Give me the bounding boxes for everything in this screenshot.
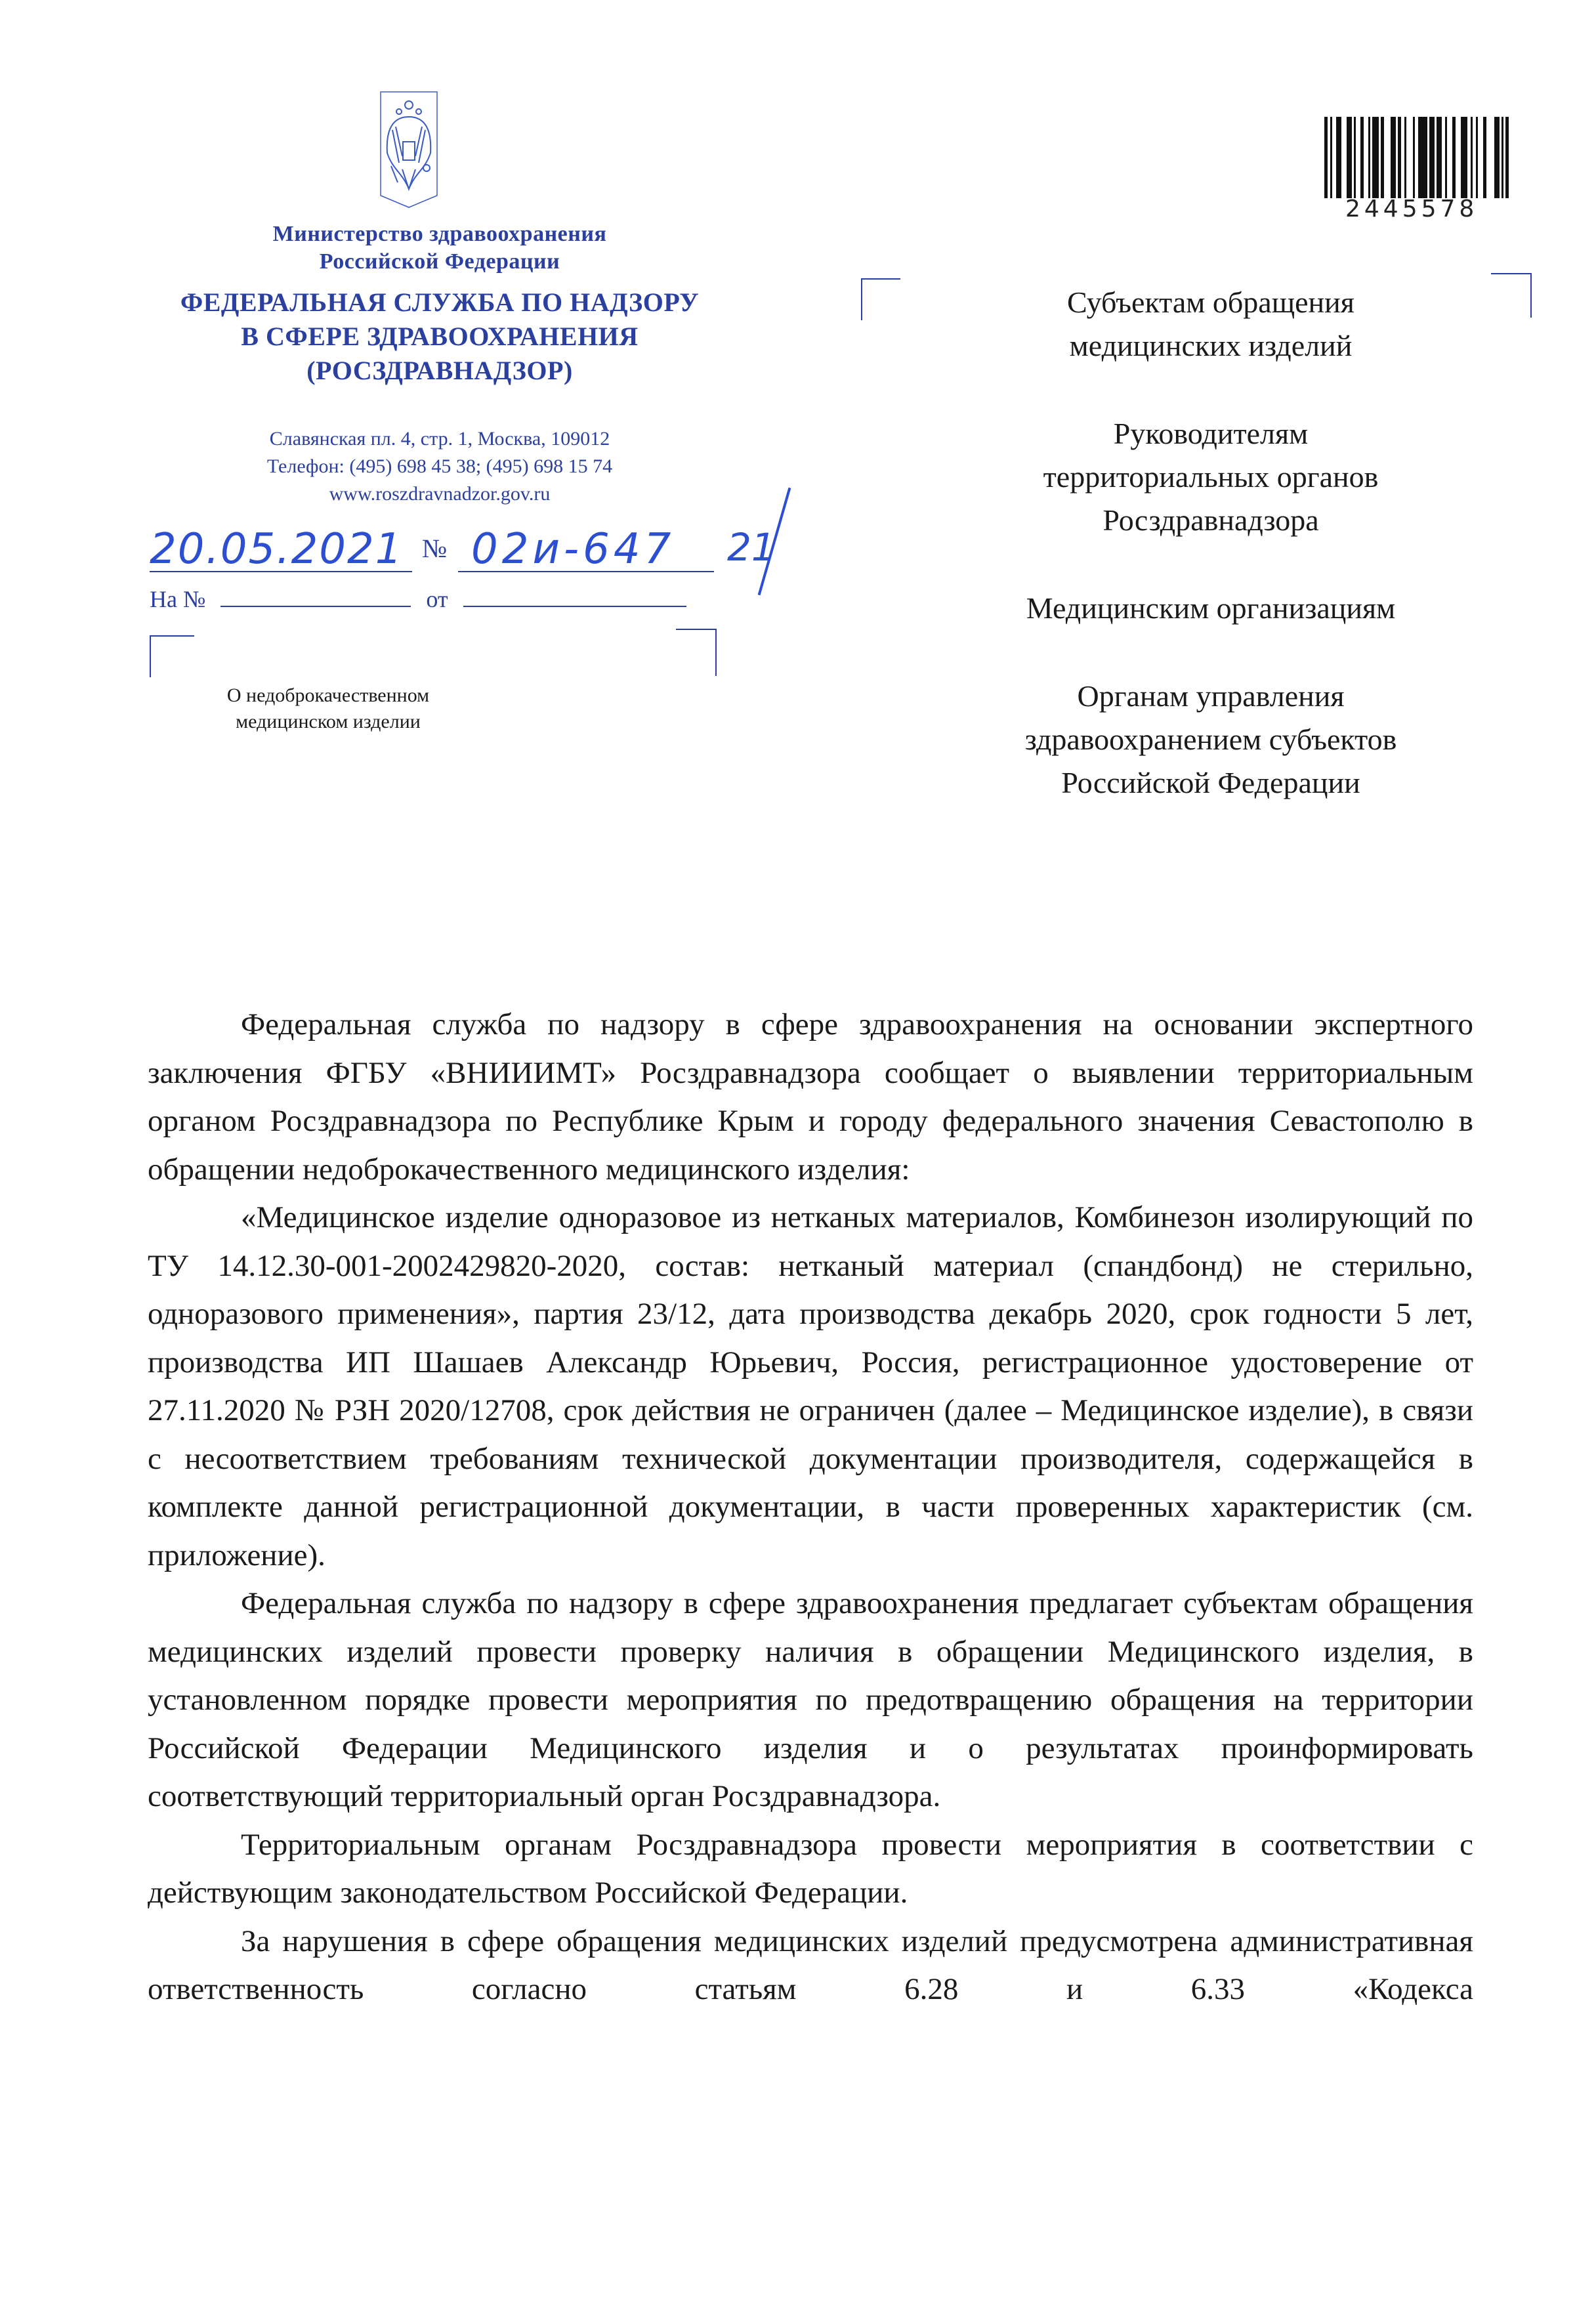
registration-year-suffix: 21 [727,525,776,570]
addressee-line: здравоохранением субъектов [902,718,1519,761]
body-paragraph: Территориальным органам Росздравнадзора … [148,1821,1473,1918]
addressee-line: медицинских изделий [902,324,1519,368]
agency-line: ФЕДЕРАЛЬНАЯ СЛУЖБА ПО НАДЗОРУ [118,285,761,320]
registration-date: 20.05.2021 [150,525,403,574]
addressee-line: территориальных органов [902,455,1519,499]
addressee: Органам управления здравоохранением субъ… [902,675,1519,805]
letter-body: Федеральная служба по надзору в сфере зд… [148,1001,1473,2014]
corner-mark [861,278,900,320]
ref-date-field [463,589,686,607]
addressee-line: Росздравнадзора [902,499,1519,542]
registration-line: 20.05.2021 № 02и-647 21 [150,525,839,591]
barcode [1324,117,1521,202]
subject-line: медицинском изделии [190,709,466,735]
ref-number-field [220,589,411,607]
number-sign: № [422,533,447,564]
subject-line: О недоброкачественном [190,683,466,709]
ref-date-label: от [426,586,448,612]
contact-block: Славянская пл. 4, стр. 1, Москва, 109012… [118,425,761,508]
ministry-name: Министерство здравоохранения Российской … [118,221,761,276]
number-underline [458,571,714,572]
barcode-bars [1324,117,1521,198]
body-paragraph: За нарушения в сфере обращения медицинск… [148,1918,1473,2014]
agency-line: В СФЕРЕ ЗДРАВООХРАНЕНИЯ [118,320,761,354]
coat-of-arms-icon [379,91,438,209]
date-underline [150,571,412,572]
ref-number-label: На № [150,586,205,612]
body-paragraph: Федеральная служба по надзору в сфере зд… [148,1580,1473,1821]
reference-line: На № от [150,585,686,613]
addressee-line: Субъектам обращения [902,281,1519,324]
agency-line: (РОСЗДРАВНАДЗОР) [118,354,761,388]
barcode-number: 2445578 [1345,196,1478,222]
addressee-line: Органам управления [902,675,1519,718]
registration-number: 02и-647 [471,525,675,574]
addressee-line: Российской Федерации [902,761,1519,805]
addressee: Субъектам обращения медицинских изделий [902,281,1519,368]
addressee-line: Медицинским организациям [902,587,1519,630]
ministry-line: Министерство здравоохранения [118,221,761,248]
addressee-list: Субъектам обращения медицинских изделий … [902,281,1519,849]
letter-subject: О недоброкачественном медицинском издели… [190,683,466,735]
website-link[interactable]: www.roszdravnadzor.gov.ru [118,480,761,508]
body-paragraph: Федеральная служба по надзору в сфере зд… [148,1001,1473,1194]
ministry-line: Российской Федерации [118,248,761,276]
body-paragraph: «Медицинское изделие одноразовое из нетк… [148,1194,1473,1580]
address: Славянская пл. 4, стр. 1, Москва, 109012 [118,425,761,453]
corner-mark [150,635,194,677]
addressee: Руководителям территориальных органов Ро… [902,412,1519,542]
agency-name: ФЕДЕРАЛЬНАЯ СЛУЖБА ПО НАДЗОРУ В СФЕРЕ ЗД… [118,285,761,388]
addressee: Медицинским организациям [902,587,1519,630]
phone: Телефон: (495) 698 45 38; (495) 698 15 7… [118,453,761,480]
corner-mark [676,629,717,676]
addressee-line: Руководителям [902,412,1519,455]
